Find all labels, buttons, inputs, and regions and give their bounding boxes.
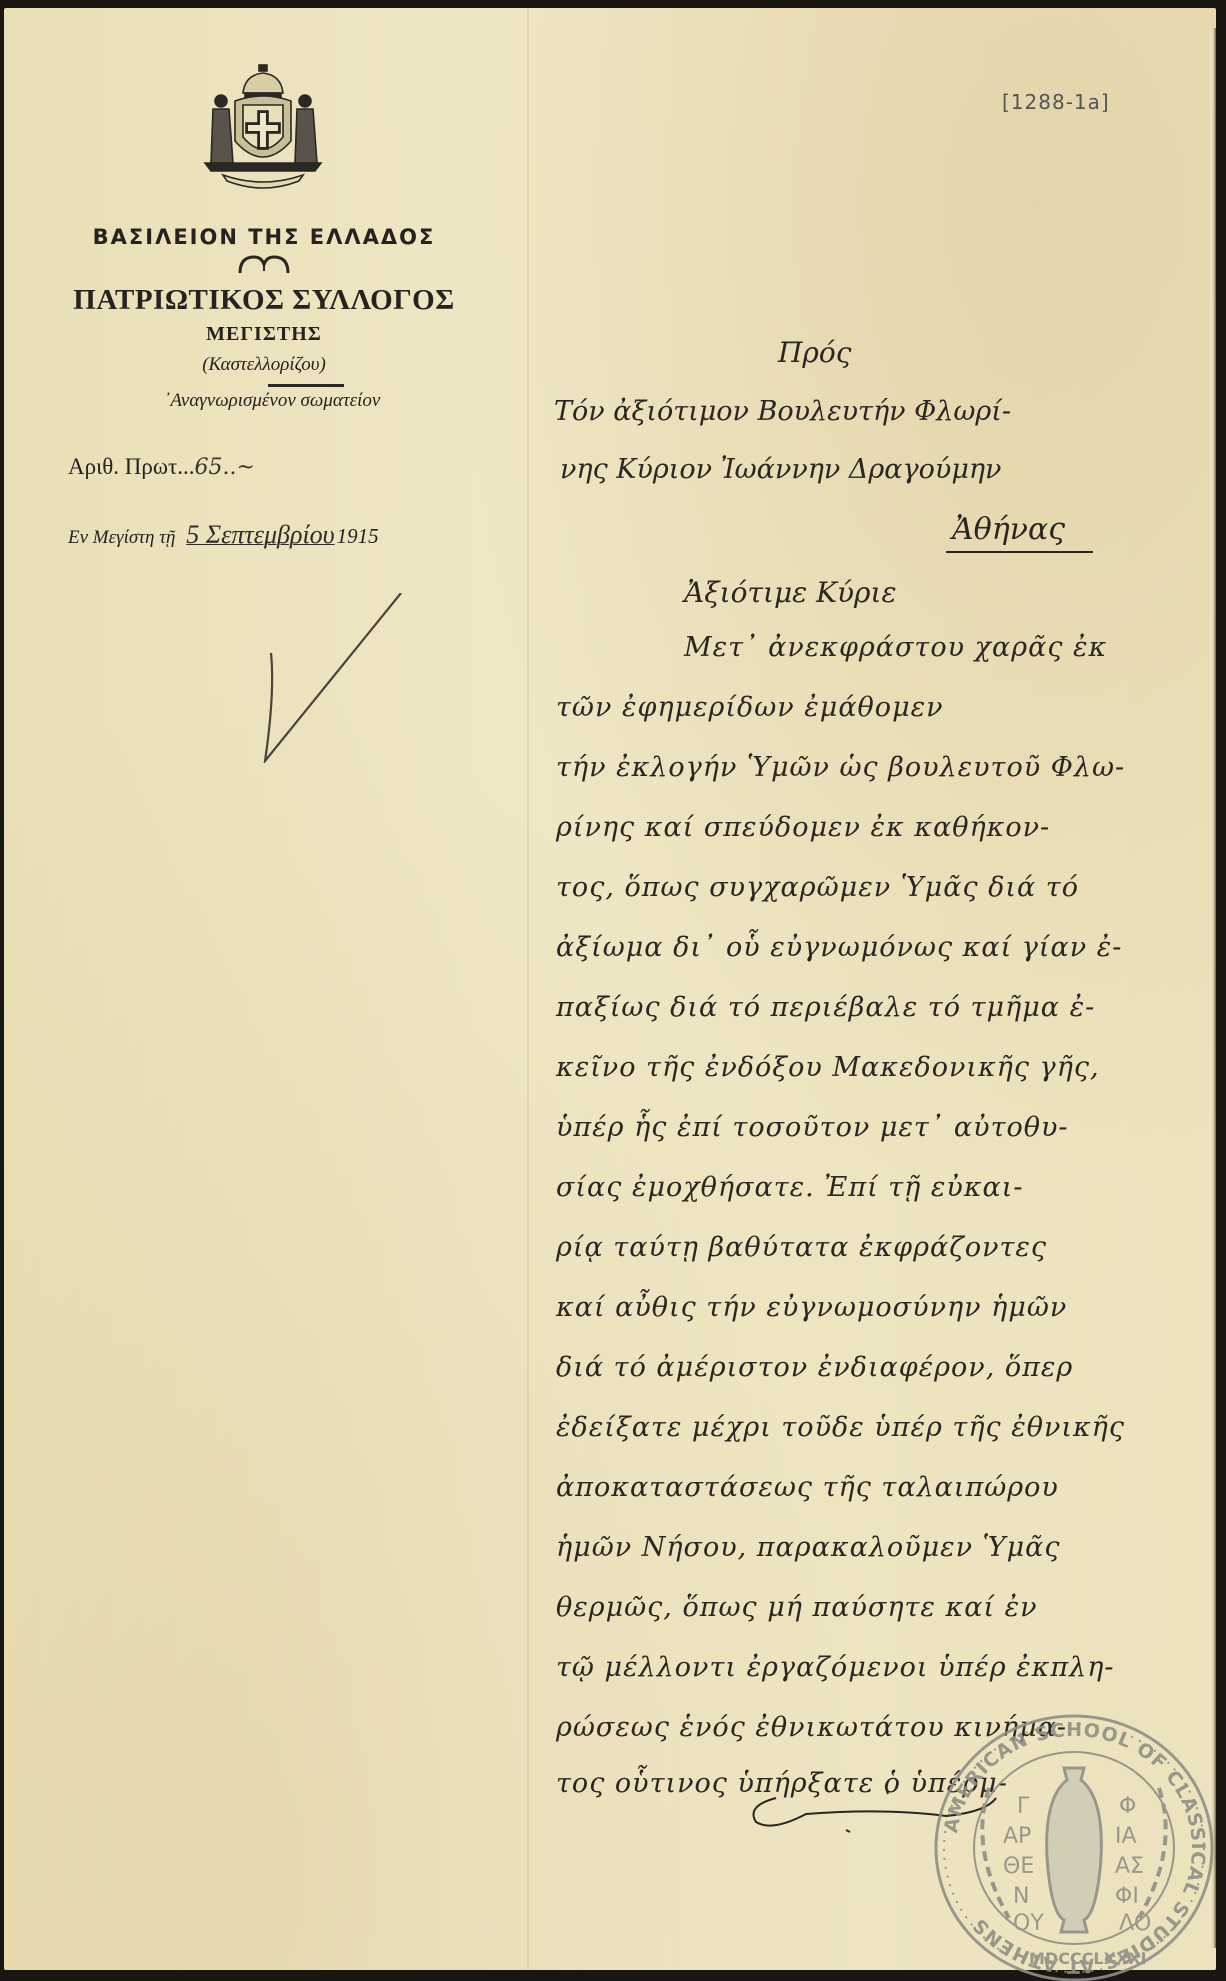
svg-text:Γ: Γ [1017, 1794, 1030, 1819]
letter-sheet: [1288-1a] [4, 8, 1216, 1970]
body-line: ρίᾳ ταύτῃ βαθύτατα ἐκφράζοντες [556, 1232, 1047, 1263]
organization-name: ΠΑΤΡΙΩΤΙΚΟΣ ΣΥΛΛΟΓΟΣ [64, 284, 464, 317]
svg-text:Φ: Φ [1119, 1794, 1136, 1819]
body-line: ἀποκαταστάσεως τῆς ταλαιπώρου [556, 1472, 1059, 1503]
protocol-number-field: Αριθ. Πρωτ...65..~ [68, 454, 255, 480]
checkmark-icon [259, 593, 409, 763]
body-line: σίας ἐμοχθήσατε. Ἐπί τῇ εὐκαι- [556, 1172, 1023, 1203]
body-line: ὑπέρ ἧς ἐπί τοσοῦτον μετ᾿ αὐτοθυ- [556, 1112, 1069, 1143]
body-line: ἡμῶν Νήσου, παρακαλοῦμεν Ὑμᾶς [556, 1532, 1061, 1563]
body-line: ρίνης καί σπεύδομεν ἐκ καθήκον- [556, 812, 1050, 843]
svg-text:ΟΥ: ΟΥ [1013, 1911, 1044, 1936]
svg-text:ΘΕ: ΘΕ [1003, 1854, 1034, 1879]
stamp-year: MDCCCLXXXI [1029, 1949, 1147, 1968]
body-line: παξίως διά τό περιέβαλε τό τμῆμα ἐ- [556, 992, 1095, 1023]
svg-text:ΛΟ: ΛΟ [1119, 1911, 1151, 1936]
protocol-label: Αριθ. Πρωτ... [68, 454, 195, 479]
recipient-line-2: νης Κύριον Ἰωάννην Δραγούμην [560, 454, 1001, 485]
library-stamp-icon: AMERICAN SCHOOL OF CLASSICAL STUDIES AT … [929, 1708, 1219, 1981]
archive-reference-number: [1288-1a] [1002, 90, 1110, 114]
svg-text:ΦΙ: ΦΙ [1115, 1884, 1139, 1909]
body-line: τος, ὅπως συγχαρῶμεν Ὑμᾶς διά τό [556, 872, 1079, 903]
recipient-prefix: Πρός [778, 336, 851, 369]
greeting: Ἀξιότιμε Κύριε [684, 576, 896, 609]
protocol-number: 65 [195, 455, 223, 480]
body-line: τήν ἐκλογήν Ὑμῶν ὡς βουλευτοῦ Φλω- [556, 752, 1125, 783]
kingdom-title: ΒΑΣΙΛΕΙΟΝ ΤΗΣ ΕΛΛΑΔΟΣ [64, 225, 464, 249]
svg-text:Ν: Ν [1013, 1884, 1029, 1909]
organization-place-alt: (Καστελλορίζου) [64, 354, 464, 376]
body-line: καί αὖθις τήν εὐγνωμοσύνην ἡμῶν [556, 1292, 1067, 1323]
body-line: Μετ᾿ ἀνεκφράστου χαρᾶς ἐκ [684, 632, 1107, 663]
date-handwritten: 5 Σεπτεμβρίου [186, 520, 334, 549]
dateline: Εν Μεγίστη τῇ 5 Σεπτεμβρίου1915 [68, 520, 379, 550]
date-prefix: Εν Μεγίστη τῇ [68, 527, 175, 548]
body-line: ἐδείξατε μέχρι τοῦδε ὑπέρ τῆς ἐθνικῆς [556, 1412, 1125, 1443]
body-line: θερμῶς, ὅπως μή παύσητε καί ἐν [556, 1592, 1038, 1623]
organization-place: ΜΕΓΙΣΤΗΣ [64, 323, 464, 346]
coat-of-arms-icon [199, 63, 329, 193]
ornament-icon [64, 253, 464, 282]
recipient-city: Ἀθήνας [946, 512, 1093, 553]
body-line: τῷ μέλλοντι ἐργαζόμενοι ὑπέρ ἐκπλη- [556, 1652, 1115, 1683]
svg-text:ΑΣ: ΑΣ [1115, 1854, 1144, 1879]
page-edge [1210, 28, 1216, 1948]
body-line: κεῖνο τῆς ἐνδόξου Μακεδονικῆς γῆς, [556, 1052, 1100, 1083]
svg-text:ΙΑ: ΙΑ [1115, 1824, 1137, 1849]
page-fold [527, 8, 529, 1970]
body-line: ἀξίωμα δι᾿ οὗ εὐγνωμόνως καί γίαν ἐ- [556, 932, 1122, 963]
organization-status: ᾿Αναγνωρισμένον σωματείον [164, 390, 464, 412]
body-line: διά τό ἀμέριστον ἐνδιαφέρον, ὅπερ [556, 1352, 1073, 1383]
recipient-line-1: Τόν ἀξιότιμον Βουλευτήν Φλωρί- [554, 396, 1011, 427]
svg-text:ΑΡ: ΑΡ [1003, 1824, 1031, 1849]
body-line: τῶν ἐφημερίδων ἐμάθομεν [556, 692, 944, 723]
protocol-flourish: ..~ [223, 455, 255, 480]
date-year: 1915 [337, 524, 379, 548]
letterhead: ΒΑΣΙΛΕΙΟΝ ΤΗΣ ΕΛΛΑΔΟΣ ΠΑΤΡΙΩΤΙΚΟΣ ΣΥΛΛΟΓ… [64, 63, 464, 412]
